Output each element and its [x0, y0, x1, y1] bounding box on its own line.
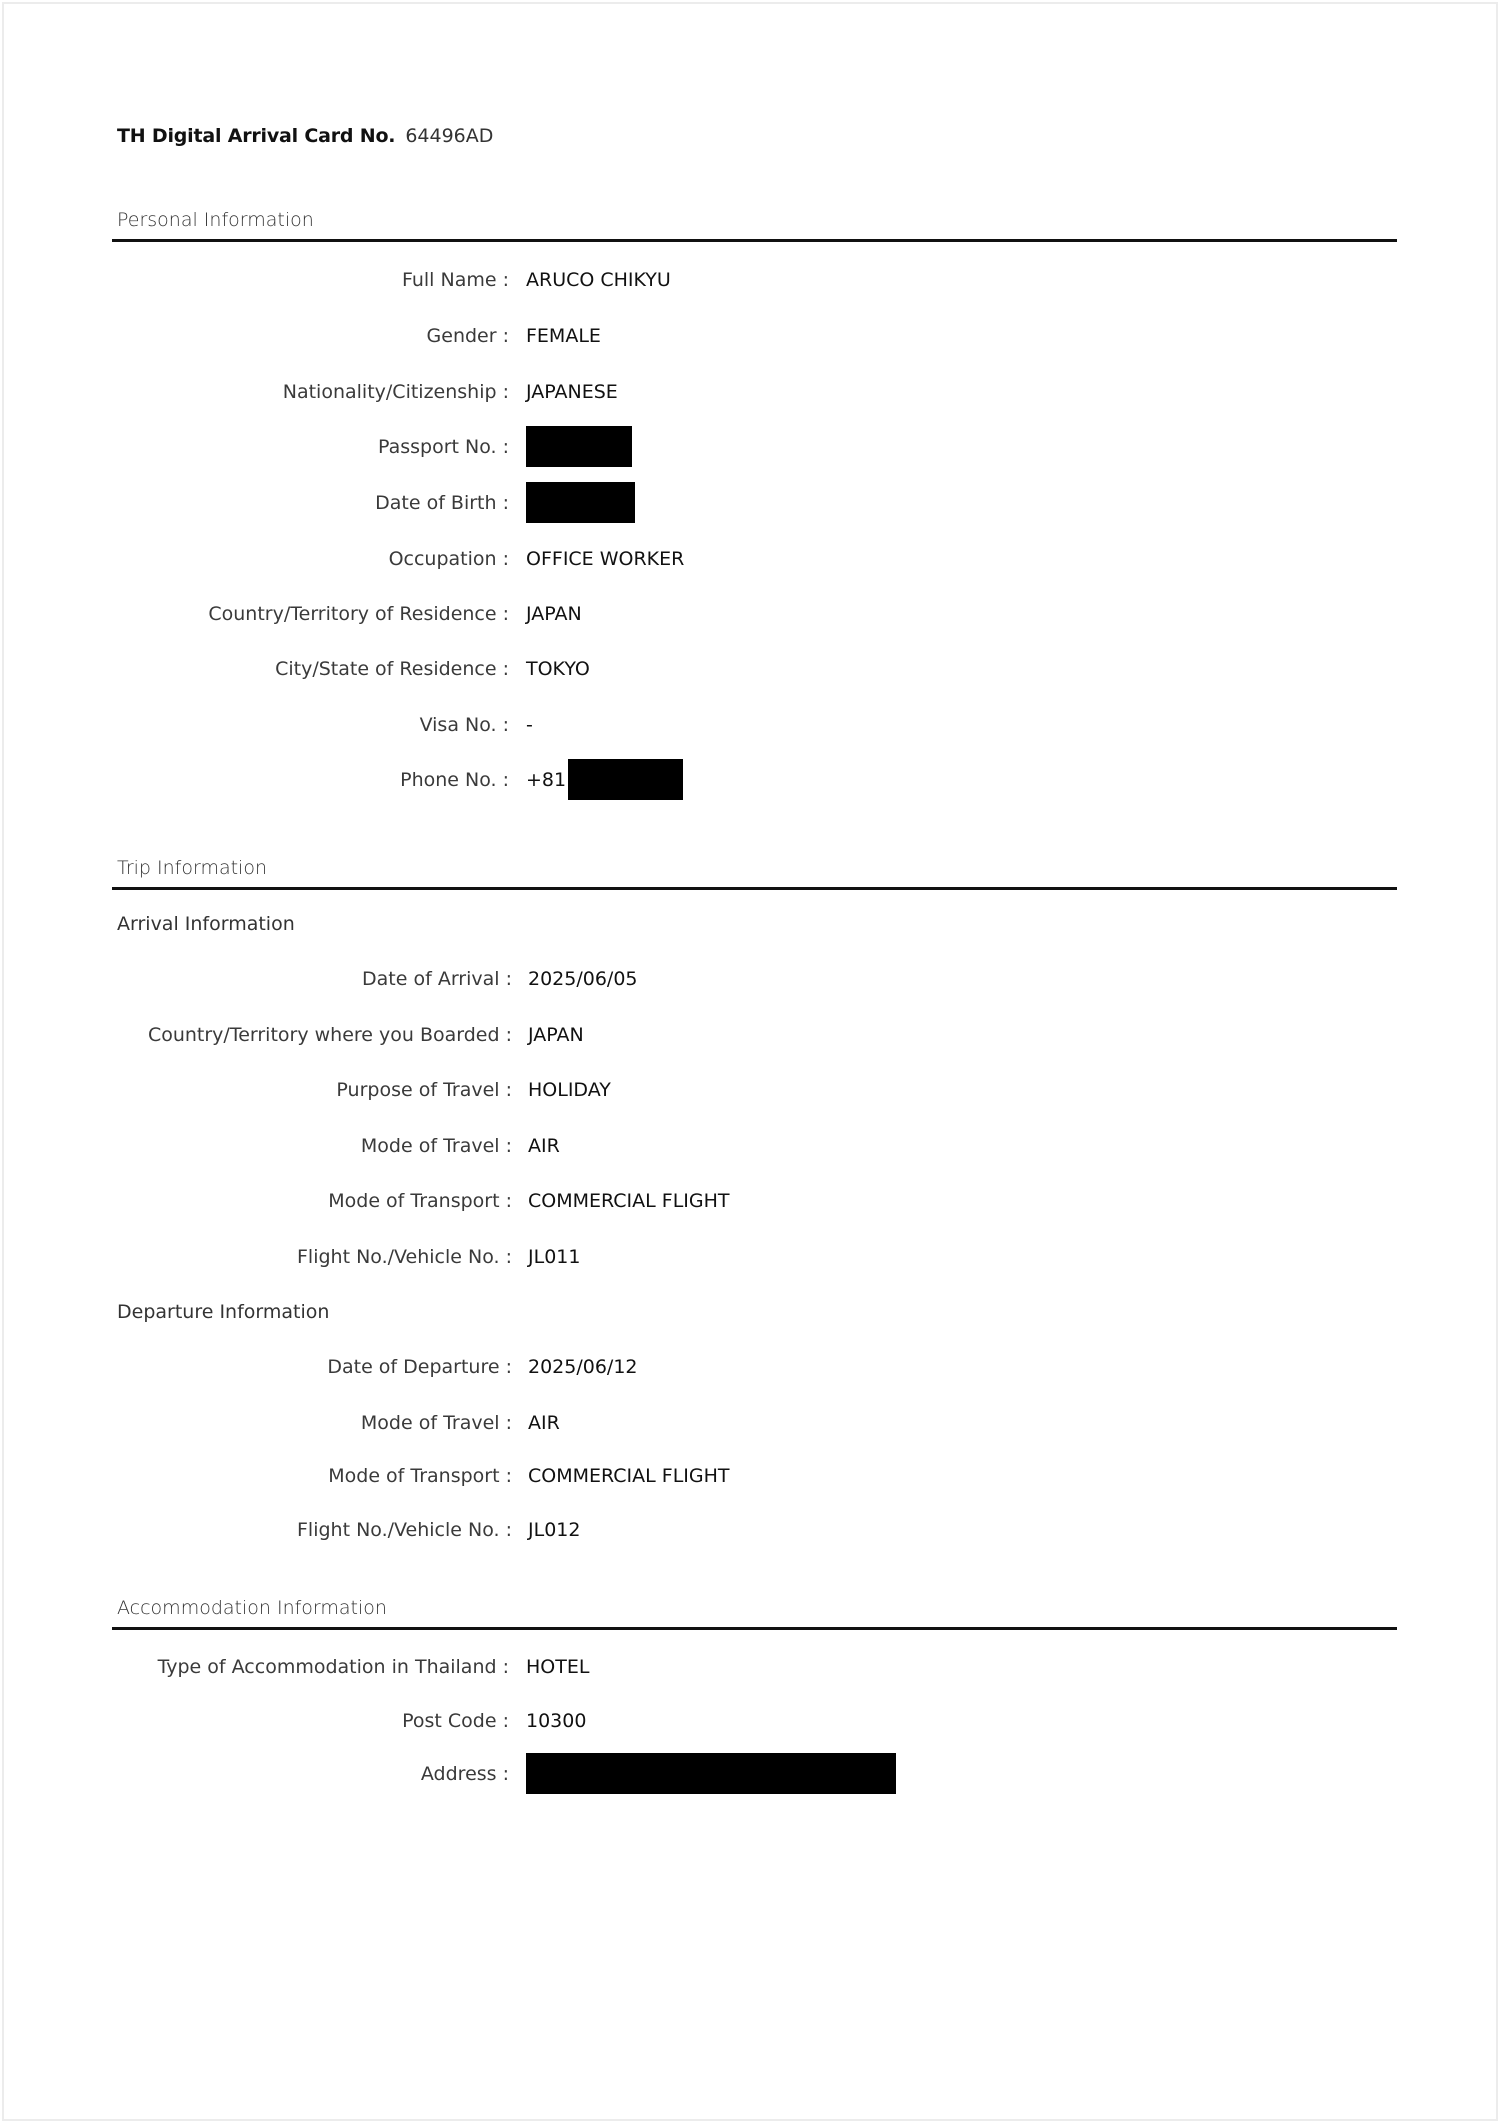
card-title-label: TH Digital Arrival Card No. — [117, 125, 395, 147]
field-value: JAPAN — [528, 1020, 584, 1050]
field-value: HOTEL — [526, 1652, 589, 1682]
field-row-departure-flight-no: Flight No./Vehicle No. : JL012 — [4, 1515, 1500, 1545]
field-value: 2025/06/12 — [528, 1352, 638, 1382]
field-row-passport-no: Passport No. : — [4, 432, 1500, 462]
field-label: Date of Arrival : — [362, 964, 512, 994]
field-label: Gender : — [427, 321, 509, 351]
field-row-boarded-country: Country/Territory where you Boarded : JA… — [4, 1020, 1500, 1050]
section-heading-trip: Trip Information — [117, 855, 267, 881]
field-row-gender: Gender : FEMALE — [4, 321, 1500, 351]
field-row-purpose-of-travel: Purpose of Travel : HOLIDAY — [4, 1075, 1500, 1105]
field-label: Mode of Travel : — [361, 1408, 512, 1438]
subheading-arrival: Arrival Information — [117, 911, 295, 937]
field-value: AIR — [528, 1131, 560, 1161]
field-value: COMMERCIAL FLIGHT — [528, 1186, 730, 1216]
field-value: ARUCO CHIKYU — [526, 265, 671, 295]
field-label: Phone No. : — [400, 765, 509, 795]
field-label: Type of Accommodation in Thailand : — [158, 1652, 509, 1682]
field-label: Mode of Transport : — [328, 1186, 512, 1216]
field-label: Passport No. : — [378, 432, 509, 462]
field-value: OFFICE WORKER — [526, 544, 684, 574]
field-row-date-of-birth: Date of Birth : — [4, 488, 1500, 518]
field-row-city-of-residence: City/State of Residence : TOKYO — [4, 654, 1500, 684]
field-value: JL012 — [528, 1515, 580, 1545]
field-row-full-name: Full Name : ARUCO CHIKYU — [4, 265, 1500, 295]
field-label: Mode of Travel : — [361, 1131, 512, 1161]
field-label: Post Code : — [402, 1706, 509, 1736]
field-label: Mode of Transport : — [328, 1461, 512, 1491]
section-heading-personal: Personal Information — [117, 207, 314, 233]
field-label: Date of Birth : — [375, 488, 509, 518]
field-row-date-of-arrival: Date of Arrival : 2025/06/05 — [4, 964, 1500, 994]
phone-country-code: +81 — [526, 765, 566, 795]
redaction-box — [526, 1753, 896, 1794]
field-value: JL011 — [528, 1242, 580, 1272]
field-row-nationality: Nationality/Citizenship : JAPANESE — [4, 377, 1500, 407]
field-row-address: Address : — [4, 1759, 1500, 1789]
field-label: Country/Territory of Residence : — [208, 599, 509, 629]
field-row-departure-mode-of-transport: Mode of Transport : COMMERCIAL FLIGHT — [4, 1461, 1500, 1491]
field-row-accommodation-type: Type of Accommodation in Thailand : HOTE… — [4, 1652, 1500, 1682]
field-value: - — [526, 710, 533, 740]
field-label: Country/Territory where you Boarded : — [148, 1020, 512, 1050]
field-row-arrival-mode-of-transport: Mode of Transport : COMMERCIAL FLIGHT — [4, 1186, 1500, 1216]
field-row-arrival-flight-no: Flight No./Vehicle No. : JL011 — [4, 1242, 1500, 1272]
field-row-post-code: Post Code : 10300 — [4, 1706, 1500, 1736]
field-value: TOKYO — [526, 654, 590, 684]
field-label: Date of Departure : — [327, 1352, 512, 1382]
field-label: Nationality/Citizenship : — [283, 377, 509, 407]
field-value: 10300 — [526, 1706, 586, 1736]
field-value: FEMALE — [526, 321, 601, 351]
field-row-country-of-residence: Country/Territory of Residence : JAPAN — [4, 599, 1500, 629]
redaction-box — [526, 426, 632, 467]
field-value: AIR — [528, 1408, 560, 1438]
card-title: TH Digital Arrival Card No.64496AD — [117, 121, 493, 151]
field-row-visa-no: Visa No. : - — [4, 710, 1500, 740]
field-row-occupation: Occupation : OFFICE WORKER — [4, 544, 1500, 574]
field-label: Flight No./Vehicle No. : — [297, 1242, 512, 1272]
redaction-box — [568, 759, 683, 800]
field-value: COMMERCIAL FLIGHT — [528, 1461, 730, 1491]
field-row-arrival-mode-of-travel: Mode of Travel : AIR — [4, 1131, 1500, 1161]
field-value: 2025/06/05 — [528, 964, 638, 994]
field-label: Full Name : — [402, 265, 509, 295]
field-label: Flight No./Vehicle No. : — [297, 1515, 512, 1545]
field-label: City/State of Residence : — [275, 654, 509, 684]
arrival-card-page: TH Digital Arrival Card No.64496AD Perso… — [2, 2, 1498, 2121]
section-divider — [112, 239, 1397, 242]
section-divider — [112, 1627, 1397, 1630]
section-divider — [112, 887, 1397, 890]
field-label: Occupation : — [389, 544, 509, 574]
subheading-departure: Departure Information — [117, 1299, 329, 1325]
field-label: Purpose of Travel : — [336, 1075, 512, 1105]
field-value: JAPANESE — [526, 377, 618, 407]
redaction-box — [526, 482, 635, 523]
field-row-date-of-departure: Date of Departure : 2025/06/12 — [4, 1352, 1500, 1382]
field-value: JAPAN — [526, 599, 582, 629]
field-row-departure-mode-of-travel: Mode of Travel : AIR — [4, 1408, 1500, 1438]
field-row-phone-no: Phone No. : +81 — [4, 765, 1500, 795]
card-number: 64496AD — [405, 125, 493, 147]
field-value: HOLIDAY — [528, 1075, 611, 1105]
field-label: Address : — [421, 1759, 509, 1789]
field-label: Visa No. : — [420, 710, 509, 740]
section-heading-accommodation: Accommodation Information — [117, 1595, 387, 1621]
